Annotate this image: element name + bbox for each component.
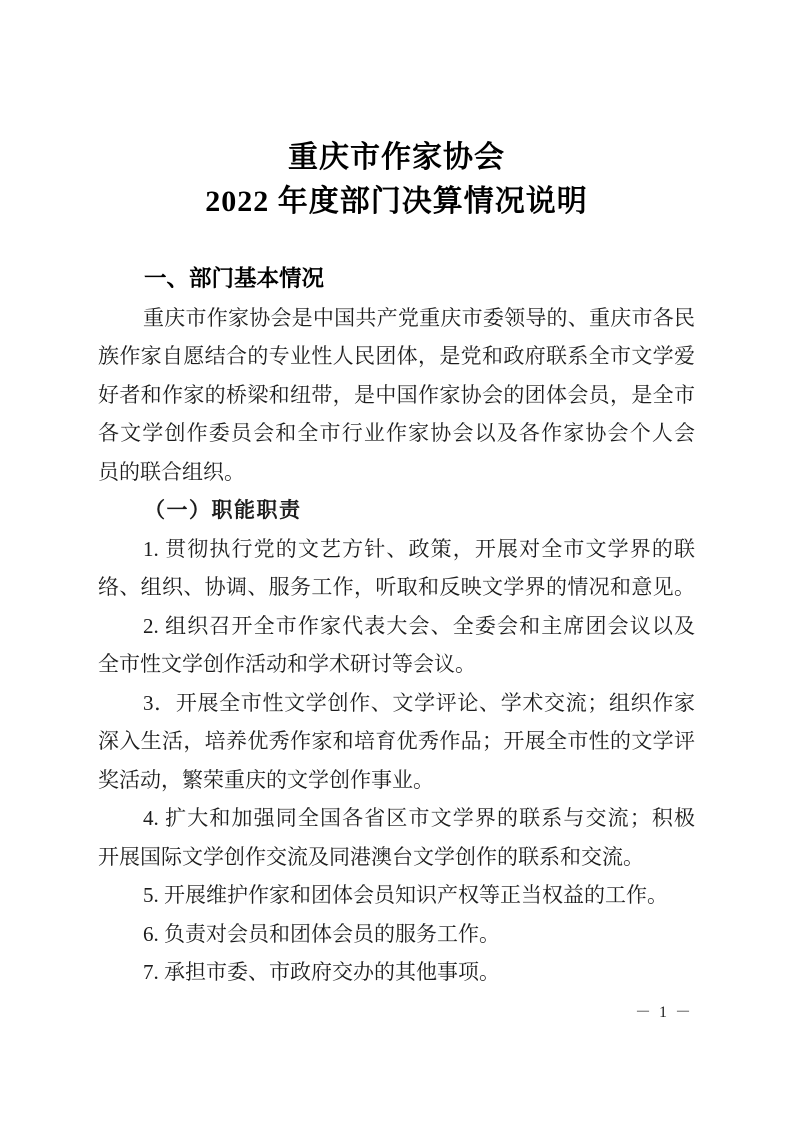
body-line: 全市性文学创作活动和学术研讨等会议。 [98, 645, 695, 684]
subsection-heading: （一）职能职责 [98, 491, 695, 530]
body-line: 好者和作家的桥梁和纽带，是中国作家协会的团体会员，是全市 [98, 376, 695, 415]
section-heading: 一、部门基本情况 [98, 260, 695, 299]
body-line: 开展国际文学创作交流及同港澳台文学创作的联系和交流。 [98, 838, 695, 877]
body-line: 深入生活，培养优秀作家和培育优秀作品；开展全市性的文学评 [98, 722, 695, 761]
page-number: － 1 － [635, 1001, 693, 1025]
body-line: 奖活动，繁荣重庆的文学创作事业。 [98, 761, 695, 800]
body-line: 6. 负责对会员和团体会员的服务工作。 [98, 915, 695, 954]
body-line: 1. 贯彻执行党的文艺方针、政策，开展对全市文学界的联 [98, 530, 695, 569]
document-page: 重庆市作家协会 2022 年度部门决算情况说明 一、部门基本情况重庆市作家协会是… [0, 0, 793, 1122]
body-line: 5. 开展维护作家和团体会员知识产权等正当权益的工作。 [98, 876, 695, 915]
document-title-line1: 重庆市作家协会 [0, 136, 793, 180]
body-line: 7. 承担市委、市政府交办的其他事项。 [98, 953, 695, 992]
document-body: 一、部门基本情况重庆市作家协会是中国共产党重庆市委领导的、重庆市各民族作家自愿结… [98, 260, 695, 992]
body-line: 族作家自愿结合的专业性人民团体，是党和政府联系全市文学爱 [98, 337, 695, 376]
body-line: 2. 组织召开全市作家代表大会、全委会和主席团会议以及 [98, 607, 695, 646]
body-line: 络、组织、协调、服务工作，听取和反映文学界的情况和意见。 [98, 568, 695, 607]
body-line: 员的联合组织。 [98, 453, 695, 492]
body-line: 重庆市作家协会是中国共产党重庆市委领导的、重庆市各民 [98, 299, 695, 338]
body-line: 3．开展全市性文学创作、文学评论、学术交流；组织作家 [98, 684, 695, 723]
document-title-line2: 2022 年度部门决算情况说明 [0, 180, 793, 224]
document-title: 重庆市作家协会 2022 年度部门决算情况说明 [0, 0, 793, 224]
body-line: 各文学创作委员会和全市行业作家协会以及各作家协会个人会 [98, 414, 695, 453]
body-line: 4. 扩大和加强同全国各省区市文学界的联系与交流；积极 [98, 799, 695, 838]
